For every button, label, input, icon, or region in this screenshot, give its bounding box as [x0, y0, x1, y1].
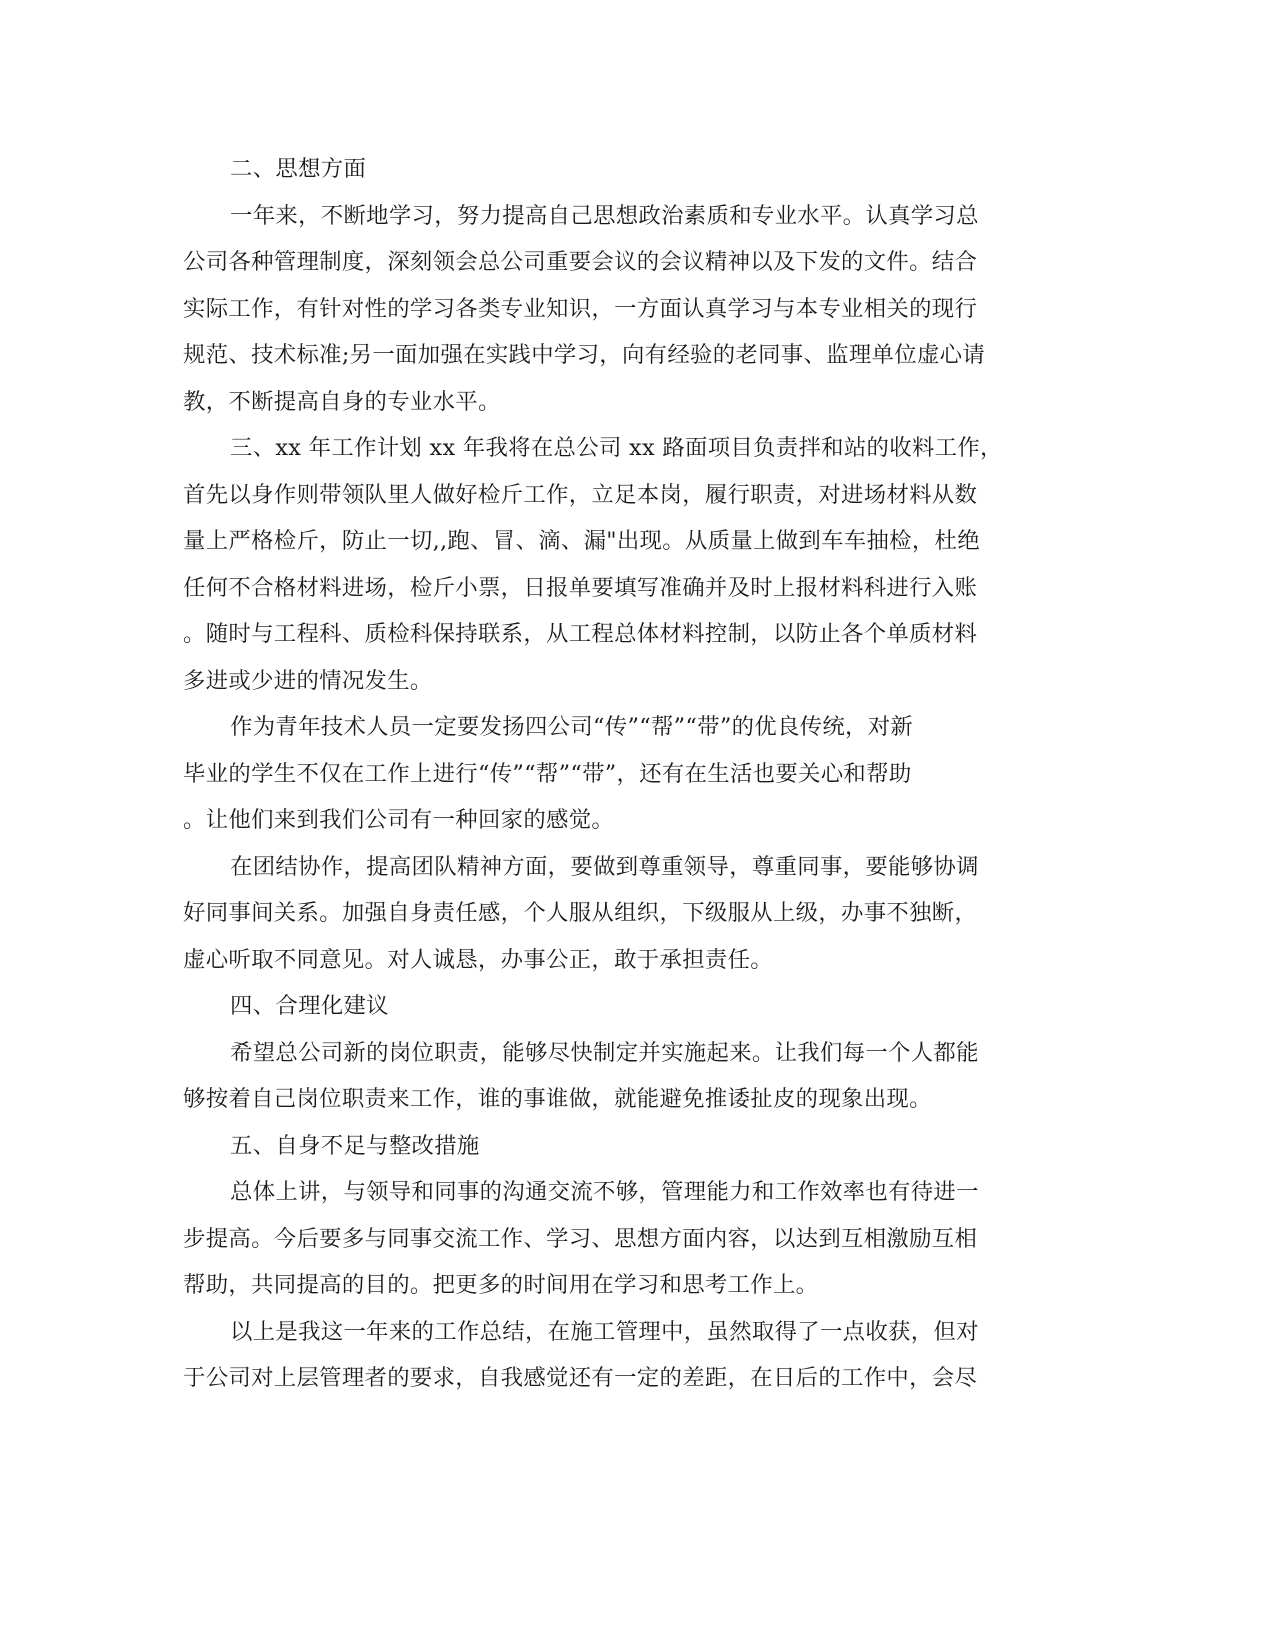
paragraph-line: 好同事间关系。加强自身责任感，个人服从组织，下级服从上级，办事不独断，	[183, 890, 1026, 937]
paragraph-line: 帮助，共同提高的目的。把更多的时间用在学习和思考工作上。	[183, 1262, 1026, 1309]
paragraph-line: 实际工作，有针对性的学习各类专业知识，一方面认真学习与本专业相关的现行	[183, 286, 1026, 333]
paragraph-line: 步提高。今后要多与同事交流工作、学习、思想方面内容，以达到互相激励互相	[183, 1216, 1026, 1263]
paragraph-line: 一年来，不断地学习，努力提高自己思想政治素质和专业水平。认真学习总	[183, 193, 1026, 240]
paragraph-line: 总体上讲，与领导和同事的沟通交流不够，管理能力和工作效率也有待进一	[183, 1169, 1026, 1216]
section-heading-ideology: 二、思想方面	[183, 146, 1026, 193]
paragraph-line: 规范、技术标准;另一面加强在实践中学习，向有经验的老同事、监理单位虚心请	[183, 332, 1026, 379]
document-page: 二、思想方面 一年来，不断地学习，努力提高自己思想政治素质和专业水平。认真学习总…	[183, 146, 1026, 1402]
paragraph-line: 任何不合格材料进场，检斤小票，日报单要填写准确并及时上报材料科进行入账	[183, 565, 1026, 612]
paragraph-line: 。随时与工程科、质检科保持联系，从工程总体材料控制，以防止各个单质材料	[183, 611, 1026, 658]
paragraph-line: 作为青年技术人员一定要发扬四公司“传”“帮”“带”的优良传统，对新	[183, 704, 1026, 751]
paragraph-line: 于公司对上层管理者的要求，自我感觉还有一定的差距，在日后的工作中，会尽	[183, 1355, 1026, 1402]
paragraph-line: 毕业的学生不仅在工作上进行“传”“帮”“带”，还有在生活也要关心和帮助	[183, 751, 1026, 798]
paragraph-line: 虚心听取不同意见。对人诚恳，办事公正，敢于承担责任。	[183, 937, 1026, 984]
paragraph-line: 多进或少进的情况发生。	[183, 658, 1026, 705]
paragraph-line: 够按着自己岗位职责来工作，谁的事谁做，就能避免推诿扯皮的现象出现。	[183, 1076, 1026, 1123]
section-heading-work-plan: 三、xx 年工作计划 xx 年我将在总公司 xx 路面项目负责拌和站的收料工作，	[183, 425, 1026, 472]
paragraph-line: 。让他们来到我们公司有一种回家的感觉。	[183, 797, 1026, 844]
paragraph-line: 公司各种管理制度，深刻领会总公司重要会议的会议精神以及下发的文件。结合	[183, 239, 1026, 286]
paragraph-line: 在团结协作，提高团队精神方面，要做到尊重领导，尊重同事，要能够协调	[183, 844, 1026, 891]
paragraph-line: 以上是我这一年来的工作总结，在施工管理中，虽然取得了一点收获，但对	[183, 1309, 1026, 1356]
paragraph-line: 教，不断提高自身的专业水平。	[183, 379, 1026, 426]
paragraph-line: 首先以身作则带领队里人做好检斤工作，立足本岗，履行职责，对进场材料从数	[183, 472, 1026, 519]
section-heading-suggestions: 四、合理化建议	[183, 983, 1026, 1030]
paragraph-line: 量上严格检斤，防止一切,,跑、冒、滴、漏"出现。从质量上做到车车抽检，杜绝	[183, 518, 1026, 565]
paragraph-line: 希望总公司新的岗位职责，能够尽快制定并实施起来。让我们每一个人都能	[183, 1030, 1026, 1077]
section-heading-shortcomings: 五、自身不足与整改措施	[183, 1123, 1026, 1170]
